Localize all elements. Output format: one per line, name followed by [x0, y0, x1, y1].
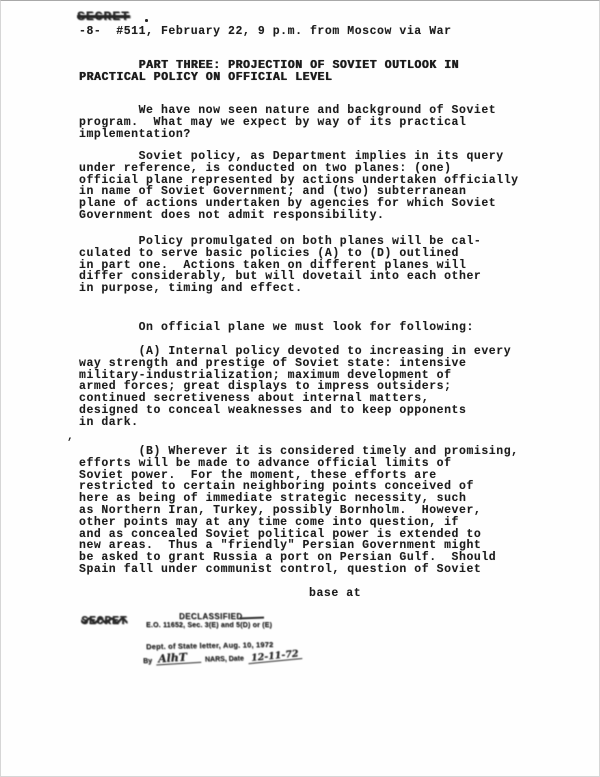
declassified-stamp-letter-line: Dept. of State letter, Aug. 10, 1972 — [146, 640, 274, 651]
handwritten-date: 12-11-72 — [247, 649, 301, 664]
continuation-catchword: base at — [309, 587, 361, 600]
stamp-dash-mark — [240, 617, 264, 620]
stray-apostrophe-mark: , — [67, 431, 74, 443]
nars-date-label: NARS, Date — [205, 655, 244, 663]
paragraph-intro: We have now seen nature and background o… — [79, 105, 539, 140]
paragraph-item-a: (A) Internal policy devoted to increasin… — [79, 346, 539, 429]
declassified-stamp-eo-line: E.O. 11652, Sec. 3(E) and 5(D) or (E) — [146, 622, 272, 629]
paragraph-policy-promulgated: Policy promulgated on both planes will b… — [79, 236, 539, 295]
declassified-stamp-title: DECLASSIFIED — [179, 612, 242, 621]
by-label: By — [143, 658, 152, 665]
archivist-signature: AlhT — [156, 652, 201, 666]
declassified-stamp-by-line: By AlhT NARS, Date 12-11-72 — [143, 650, 302, 665]
stray-ink-dot — [145, 19, 148, 22]
paragraph-official-plane-lead: On official plane we must look for follo… — [79, 322, 539, 334]
part-three-heading: PART THREE: PROJECTION OF SOVIET OUTLOOK… — [79, 60, 539, 84]
paragraph-item-b: (B) Wherever it is considered timely and… — [79, 446, 539, 576]
secret-classification-stamp-bottom: SECRET — [81, 615, 128, 628]
secret-classification-stamp-top: SECRET — [77, 9, 130, 24]
paragraph-two-planes: Soviet policy, as Department implies in … — [79, 151, 539, 222]
page-header-line: -8- #511, February 22, 9 p.m. from Mosco… — [79, 26, 539, 38]
telegram-page: SECRET -8- #511, February 22, 9 p.m. fro… — [0, 0, 600, 777]
